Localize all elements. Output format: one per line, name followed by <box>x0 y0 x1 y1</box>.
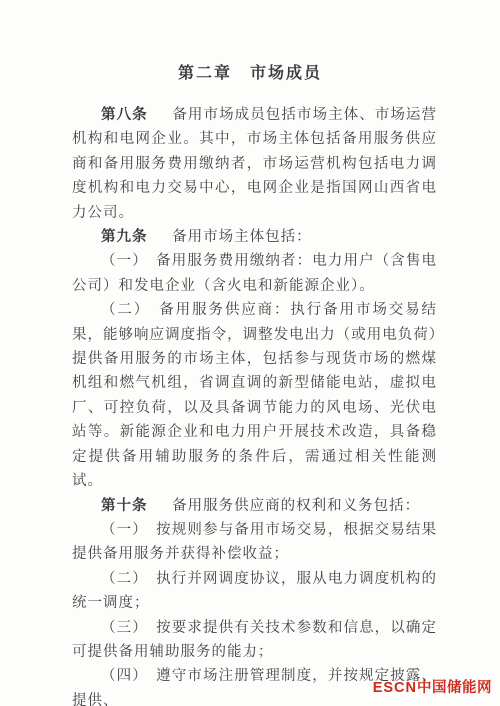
escn-logo-text-zh: 中国储能网 <box>417 680 492 696</box>
paragraph-text: （一） 备用服务费用缴纳者：电力用户（含售电公司）和发电企业（含火电和新能源企业… <box>72 253 437 293</box>
chapter-title: 第二章 市场成员 <box>0 60 500 83</box>
page-number: - 3 - <box>0 648 500 660</box>
article-9-item-1: （一） 备用服务费用缴纳者：电力用户（含售电公司）和发电企业（含火电和新能源企业… <box>72 249 437 298</box>
paragraph-text: （一） 按规则参与备用市场交易，根据交易结果提供备用服务并获得补偿收益； <box>72 522 437 562</box>
escn-logo: ESCN中国储能网 <box>373 676 492 697</box>
article-10-item-1: （一） 按规则参与备用市场交易，根据交易结果提供备用服务并获得补偿收益； <box>72 518 437 567</box>
paragraph-text: （二） 备用服务供应商：执行备用市场交易结果，能够响应调度指令，调整发电出力（或… <box>72 302 437 489</box>
article-number: 第十条 <box>101 498 148 514</box>
article-9-paragraph: 第九条备用市场主体包括： <box>72 225 437 249</box>
paragraph-text: 备用市场主体包括： <box>172 229 312 245</box>
document-page: 第二章 市场成员 第八条备用市场成员包括市场主体、市场运营机构和电网企业。其中，… <box>0 0 500 706</box>
article-10-paragraph: 第十条备用服务供应商的权利和义务包括： <box>72 494 437 518</box>
paragraph-text: （二） 执行并网调度协议，服从电力调度机构的统一调度； <box>72 571 437 611</box>
paragraph-text: 备用市场成员包括市场主体、市场运营机构和电网企业。其中，市场主体包括备用服务供应… <box>72 107 437 221</box>
article-8-paragraph: 第八条备用市场成员包括市场主体、市场运营机构和电网企业。其中，市场主体包括备用服… <box>72 103 437 225</box>
article-10-item-2: （二） 执行并网调度协议，服从电力调度机构的统一调度； <box>72 567 437 616</box>
paragraph-text: 备用服务供应商的权利和义务包括： <box>172 498 420 514</box>
article-9-item-2: （二） 备用服务供应商：执行备用市场交易结果，能够响应调度指令，调整发电出力（或… <box>72 298 437 493</box>
escn-logo-text-en: ESCN <box>373 680 417 696</box>
article-number: 第九条 <box>101 229 148 245</box>
article-number: 第八条 <box>101 107 148 123</box>
document-body: 第八条备用市场成员包括市场主体、市场运营机构和电网企业。其中，市场主体包括备用服… <box>72 103 437 706</box>
